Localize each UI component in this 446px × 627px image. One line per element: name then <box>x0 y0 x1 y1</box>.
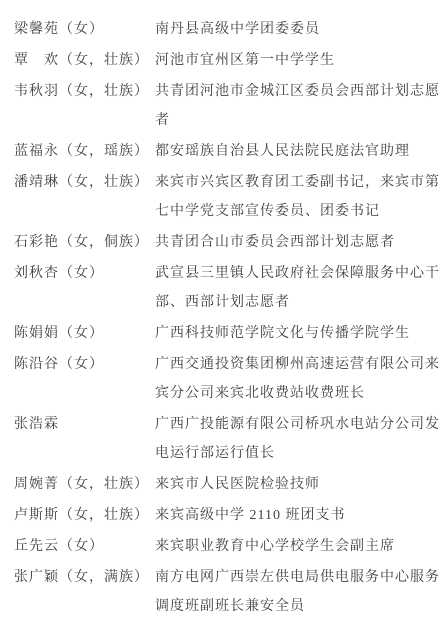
person-name: 潘靖琳（女，壮族） <box>14 168 155 197</box>
list-item: 覃 欢（女，壮族） 河池市宜州区第一中学学生 <box>14 46 440 75</box>
person-affiliation: 河池市宜州区第一中学学生 <box>155 46 440 75</box>
person-affiliation: 武宣县三里镇人民政府社会保障服务中心干部、西部计划志愿者 <box>155 259 440 317</box>
person-affiliation: 南方电网广西崇左供电局供电服务中心服务调度班副班长兼安全员 <box>155 563 440 621</box>
person-affiliation: 来宾高级中学 2110 班团支书 <box>155 501 440 530</box>
person-affiliation: 共青团河池市金城江区委员会西部计划志愿者 <box>155 77 440 135</box>
person-affiliation: 广西广投能源有限公司桥巩水电站分公司发电运行部运行值长 <box>155 410 440 468</box>
list-item: 陈沿谷（女） 广西交通投资集团柳州高速运营有限公司来宾分公司来宾北收费站收费班长 <box>14 350 440 408</box>
person-affiliation: 来宾市兴宾区教育团工委副书记，来宾市第七中学党支部宣传委员、团委书记 <box>155 168 440 226</box>
person-affiliation: 都安瑶族自治县人民法院民庭法官助理 <box>155 137 440 166</box>
person-name: 丘先云（女） <box>14 532 155 561</box>
list-item: 梁馨苑（女） 南丹县高级中学团委委员 <box>14 15 440 44</box>
list-item: 卢斯斯（女，壮族） 来宾高级中学 2110 班团支书 <box>14 501 440 530</box>
person-name: 覃 欢（女，壮族） <box>14 46 155 75</box>
list-item: 张浩霖 广西广投能源有限公司桥巩水电站分公司发电运行部运行值长 <box>14 410 440 468</box>
person-name: 周婉菁（女，壮族） <box>14 470 155 499</box>
list-item: 刘秋杏（女） 武宣县三里镇人民政府社会保障服务中心干部、西部计划志愿者 <box>14 259 440 317</box>
list-item: 蓝福永（女，瑶族） 都安瑶族自治县人民法院民庭法官助理 <box>14 137 440 166</box>
person-name: 石彩艳（女，侗族） <box>14 228 155 257</box>
person-name: 刘秋杏（女） <box>14 259 155 288</box>
person-name: 张广颖（女，满族） <box>14 563 155 592</box>
person-affiliation: 南丹县高级中学团委委员 <box>155 15 440 44</box>
person-name: 陈娟娟（女） <box>14 319 155 348</box>
person-affiliation: 广西交通投资集团柳州高速运营有限公司来宾分公司来宾北收费站收费班长 <box>155 350 440 408</box>
person-name: 张浩霖 <box>14 410 155 439</box>
person-name: 卢斯斯（女，壮族） <box>14 501 155 530</box>
person-name: 蓝福永（女，瑶族） <box>14 137 155 166</box>
person-name: 韦秋羽（女，壮族） <box>14 77 155 106</box>
person-affiliation: 共青团合山市委员会西部计划志愿者 <box>155 228 440 257</box>
person-affiliation: 广西科技师范学院文化与传播学院学生 <box>155 319 440 348</box>
list-item: 周婉菁（女，壮族） 来宾市人民医院检验技师 <box>14 470 440 499</box>
list-item: 韦秋羽（女，壮族） 共青团河池市金城江区委员会西部计划志愿者 <box>14 77 440 135</box>
person-affiliation: 来宾市人民医院检验技师 <box>155 470 440 499</box>
list-item: 陈娟娟（女） 广西科技师范学院文化与传播学院学生 <box>14 319 440 348</box>
person-name: 梁馨苑（女） <box>14 15 155 44</box>
person-affiliation: 来宾职业教育中心学校学生会副主席 <box>155 532 440 561</box>
document-page: 梁馨苑（女） 南丹县高级中学团委委员 覃 欢（女，壮族） 河池市宜州区第一中学学… <box>0 0 446 627</box>
name-list: 梁馨苑（女） 南丹县高级中学团委委员 覃 欢（女，壮族） 河池市宜州区第一中学学… <box>14 15 440 621</box>
person-name: 陈沿谷（女） <box>14 350 155 379</box>
list-item: 潘靖琳（女，壮族） 来宾市兴宾区教育团工委副书记，来宾市第七中学党支部宣传委员、… <box>14 168 440 226</box>
list-item: 丘先云（女） 来宾职业教育中心学校学生会副主席 <box>14 532 440 561</box>
list-item: 张广颖（女，满族） 南方电网广西崇左供电局供电服务中心服务调度班副班长兼安全员 <box>14 563 440 621</box>
list-item: 石彩艳（女，侗族） 共青团合山市委员会西部计划志愿者 <box>14 228 440 257</box>
